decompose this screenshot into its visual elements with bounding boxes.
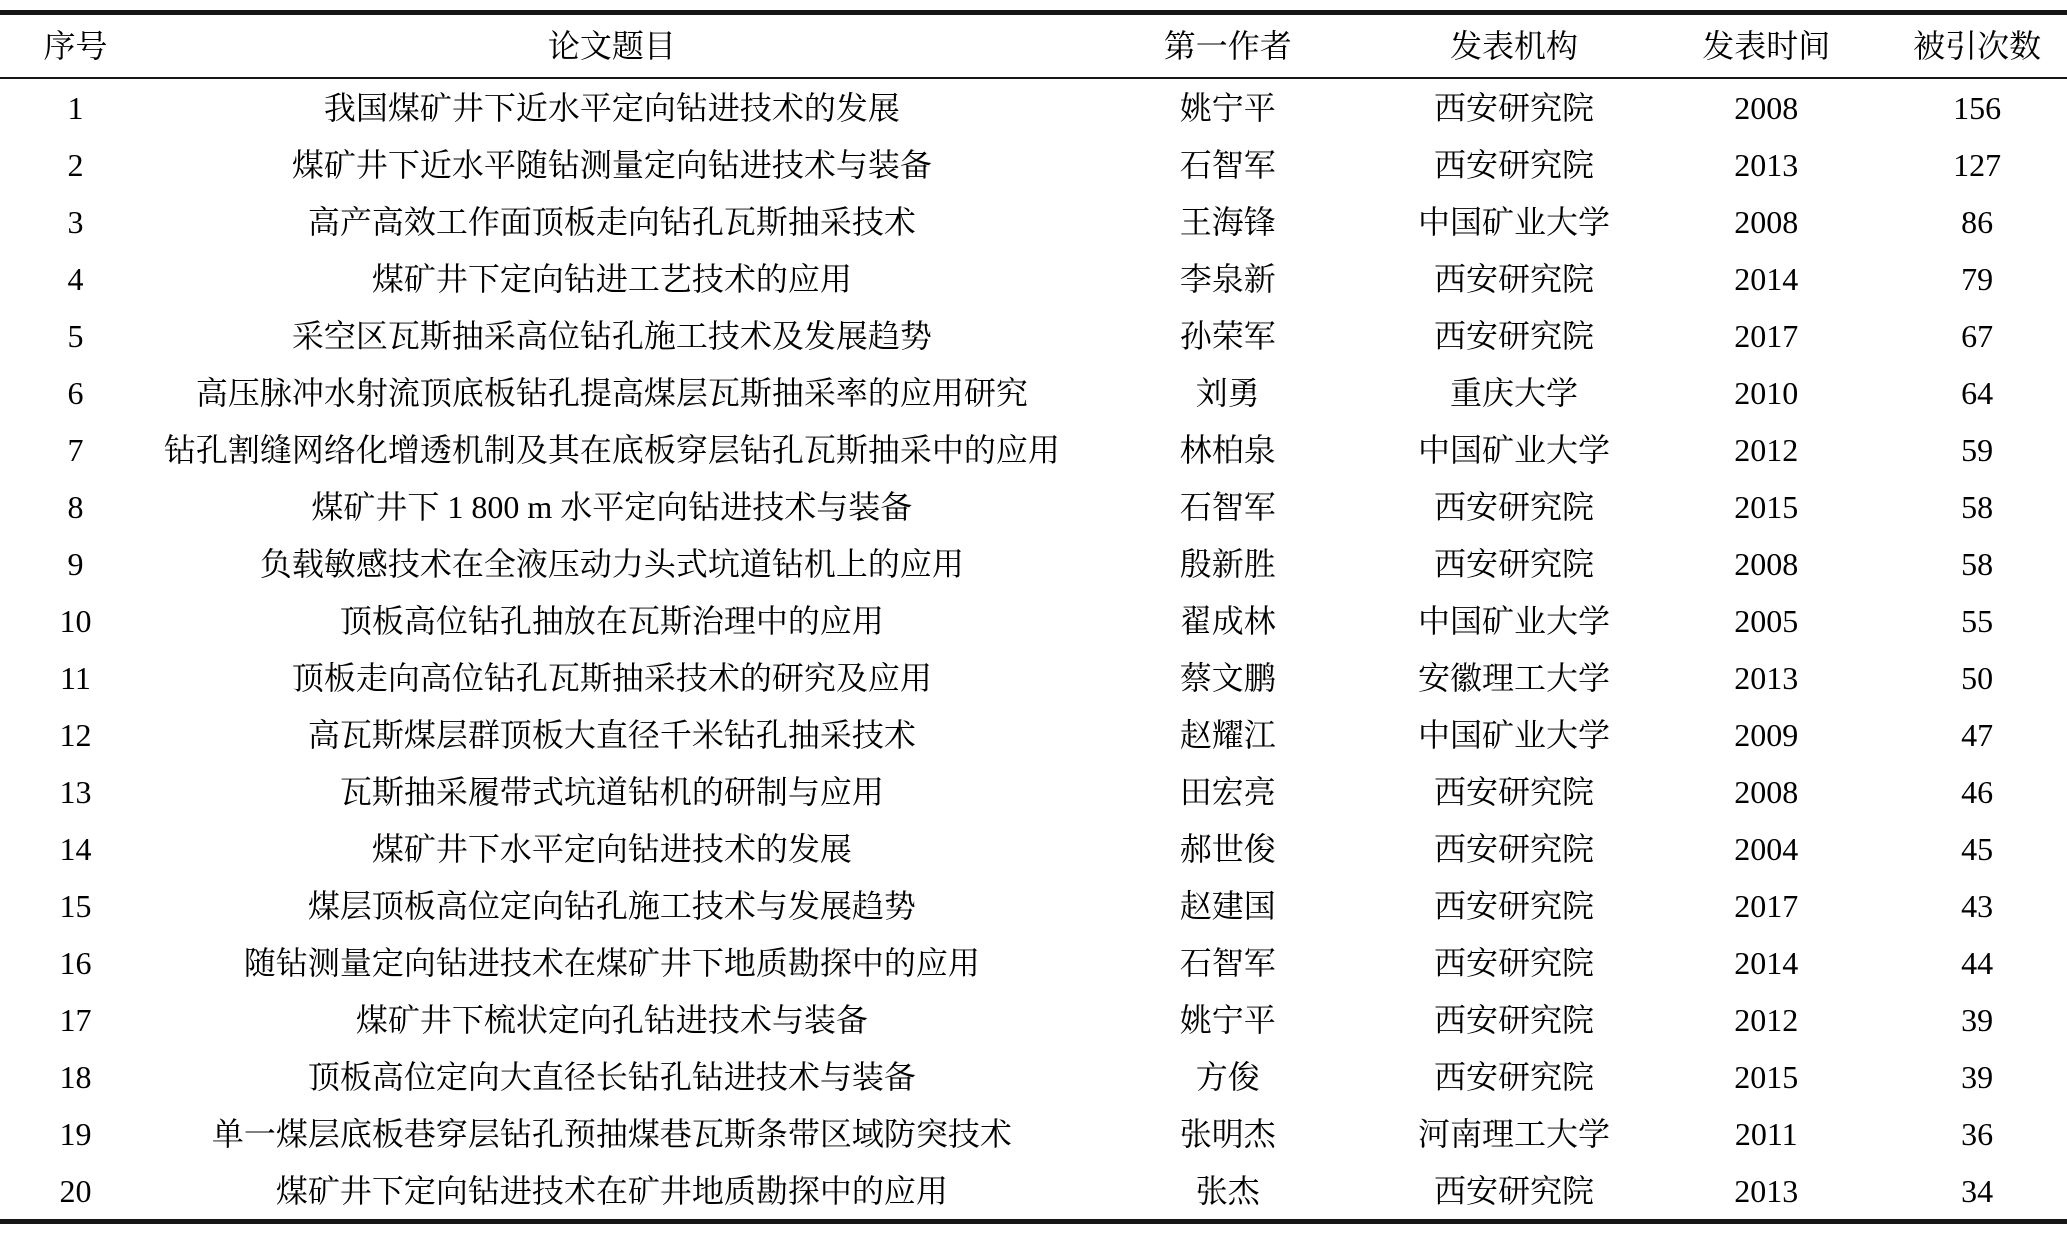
table-row: 6高压脉冲水射流顶底板钻孔提高煤层瓦斯抽采率的应用研究刘勇重庆大学201064 — [0, 364, 2067, 421]
cell-year: 2014 — [1645, 934, 1887, 991]
cell-title: 钻孔割缝网络化增透机制及其在底板穿层钻孔瓦斯抽采中的应用 — [151, 421, 1073, 478]
cell-index: 10 — [0, 592, 151, 649]
cell-index: 1 — [0, 78, 151, 136]
table-row: 5采空区瓦斯抽采高位钻孔施工技术及发展趋势孙荣军西安研究院201767 — [0, 307, 2067, 364]
cell-year: 2008 — [1645, 193, 1887, 250]
cell-year: 2004 — [1645, 820, 1887, 877]
table-row: 13瓦斯抽采履带式坑道钻机的研制与应用田宏亮西安研究院200846 — [0, 763, 2067, 820]
cell-citations: 47 — [1887, 706, 2067, 763]
cell-title: 单一煤层底板巷穿层钻孔预抽煤巷瓦斯条带区域防突技术 — [151, 1105, 1073, 1162]
cell-author: 石智军 — [1073, 934, 1383, 991]
cell-author: 孙荣军 — [1073, 307, 1383, 364]
cell-citations: 64 — [1887, 364, 2067, 421]
cell-citations: 43 — [1887, 877, 2067, 934]
cell-citations: 34 — [1887, 1162, 2067, 1222]
table-row: 4煤矿井下定向钻进工艺技术的应用李泉新西安研究院201479 — [0, 250, 2067, 307]
cell-year: 2011 — [1645, 1105, 1887, 1162]
cell-index: 7 — [0, 421, 151, 478]
table-row: 15煤层顶板高位定向钻孔施工技术与发展趋势赵建国西安研究院201743 — [0, 877, 2067, 934]
cell-year: 2010 — [1645, 364, 1887, 421]
cell-citations: 127 — [1887, 136, 2067, 193]
column-header-index: 序号 — [0, 13, 151, 79]
cell-year: 2008 — [1645, 535, 1887, 592]
cell-title: 随钻测量定向钻进技术在煤矿井下地质勘探中的应用 — [151, 934, 1073, 991]
cell-org: 西安研究院 — [1383, 820, 1646, 877]
cell-author: 赵建国 — [1073, 877, 1383, 934]
cell-year: 2015 — [1645, 1048, 1887, 1105]
cell-title: 煤矿井下定向钻进技术在矿井地质勘探中的应用 — [151, 1162, 1073, 1222]
column-header-year: 发表时间 — [1645, 13, 1887, 79]
citation-table-container: 序号 论文题目 第一作者 发表机构 发表时间 被引次数 1我国煤矿井下近水平定向… — [0, 0, 2067, 1224]
cell-year: 2008 — [1645, 78, 1887, 136]
cell-org: 河南理工大学 — [1383, 1105, 1646, 1162]
table-row: 20煤矿井下定向钻进技术在矿井地质勘探中的应用张杰西安研究院201334 — [0, 1162, 2067, 1222]
cell-title: 煤矿井下定向钻进工艺技术的应用 — [151, 250, 1073, 307]
cell-author: 蔡文鹏 — [1073, 649, 1383, 706]
cell-org: 西安研究院 — [1383, 1162, 1646, 1222]
cell-title: 采空区瓦斯抽采高位钻孔施工技术及发展趋势 — [151, 307, 1073, 364]
cell-citations: 86 — [1887, 193, 2067, 250]
cell-title: 煤矿井下梳状定向孔钻进技术与装备 — [151, 991, 1073, 1048]
cell-author: 王海锋 — [1073, 193, 1383, 250]
cell-citations: 59 — [1887, 421, 2067, 478]
cell-author: 田宏亮 — [1073, 763, 1383, 820]
cell-title: 我国煤矿井下近水平定向钻进技术的发展 — [151, 78, 1073, 136]
cell-org: 西安研究院 — [1383, 136, 1646, 193]
table-row: 10顶板高位钻孔抽放在瓦斯治理中的应用翟成林中国矿业大学200555 — [0, 592, 2067, 649]
cell-index: 17 — [0, 991, 151, 1048]
cell-org: 重庆大学 — [1383, 364, 1646, 421]
cell-index: 12 — [0, 706, 151, 763]
column-header-citations: 被引次数 — [1887, 13, 2067, 79]
table-row: 3高产高效工作面顶板走向钻孔瓦斯抽采技术王海锋中国矿业大学200886 — [0, 193, 2067, 250]
cell-index: 18 — [0, 1048, 151, 1105]
cell-index: 14 — [0, 820, 151, 877]
cell-author: 姚宁平 — [1073, 78, 1383, 136]
citation-table: 序号 论文题目 第一作者 发表机构 发表时间 被引次数 1我国煤矿井下近水平定向… — [0, 10, 2067, 1224]
cell-author: 李泉新 — [1073, 250, 1383, 307]
cell-index: 8 — [0, 478, 151, 535]
cell-year: 2014 — [1645, 250, 1887, 307]
cell-org: 西安研究院 — [1383, 478, 1646, 535]
table-row: 14煤矿井下水平定向钻进技术的发展郝世俊西安研究院200445 — [0, 820, 2067, 877]
cell-year: 2009 — [1645, 706, 1887, 763]
table-row: 18顶板高位定向大直径长钻孔钻进技术与装备方俊西安研究院201539 — [0, 1048, 2067, 1105]
cell-index: 16 — [0, 934, 151, 991]
cell-org: 西安研究院 — [1383, 1048, 1646, 1105]
cell-author: 石智军 — [1073, 478, 1383, 535]
cell-author: 林柏泉 — [1073, 421, 1383, 478]
cell-org: 西安研究院 — [1383, 934, 1646, 991]
cell-org: 西安研究院 — [1383, 877, 1646, 934]
cell-index: 13 — [0, 763, 151, 820]
cell-title: 煤矿井下近水平随钻测量定向钻进技术与装备 — [151, 136, 1073, 193]
cell-index: 6 — [0, 364, 151, 421]
cell-year: 2013 — [1645, 136, 1887, 193]
cell-org: 西安研究院 — [1383, 78, 1646, 136]
cell-org: 安徽理工大学 — [1383, 649, 1646, 706]
column-header-org: 发表机构 — [1383, 13, 1646, 79]
table-row: 1我国煤矿井下近水平定向钻进技术的发展姚宁平西安研究院2008156 — [0, 78, 2067, 136]
cell-index: 4 — [0, 250, 151, 307]
cell-year: 2017 — [1645, 307, 1887, 364]
cell-title: 瓦斯抽采履带式坑道钻机的研制与应用 — [151, 763, 1073, 820]
cell-org: 西安研究院 — [1383, 535, 1646, 592]
cell-author: 石智军 — [1073, 136, 1383, 193]
cell-citations: 39 — [1887, 1048, 2067, 1105]
cell-title: 顶板高位钻孔抽放在瓦斯治理中的应用 — [151, 592, 1073, 649]
cell-title: 顶板走向高位钻孔瓦斯抽采技术的研究及应用 — [151, 649, 1073, 706]
cell-author: 赵耀江 — [1073, 706, 1383, 763]
cell-org: 西安研究院 — [1383, 991, 1646, 1048]
cell-title: 高产高效工作面顶板走向钻孔瓦斯抽采技术 — [151, 193, 1073, 250]
cell-index: 15 — [0, 877, 151, 934]
cell-year: 2015 — [1645, 478, 1887, 535]
cell-citations: 55 — [1887, 592, 2067, 649]
table-header: 序号 论文题目 第一作者 发表机构 发表时间 被引次数 — [0, 13, 2067, 79]
cell-index: 3 — [0, 193, 151, 250]
table-row: 11顶板走向高位钻孔瓦斯抽采技术的研究及应用蔡文鹏安徽理工大学201350 — [0, 649, 2067, 706]
cell-year: 2008 — [1645, 763, 1887, 820]
cell-org: 中国矿业大学 — [1383, 706, 1646, 763]
cell-citations: 46 — [1887, 763, 2067, 820]
cell-org: 中国矿业大学 — [1383, 592, 1646, 649]
cell-author: 张明杰 — [1073, 1105, 1383, 1162]
cell-index: 19 — [0, 1105, 151, 1162]
cell-title: 煤矿井下 1 800 m 水平定向钻进技术与装备 — [151, 478, 1073, 535]
cell-author: 姚宁平 — [1073, 991, 1383, 1048]
cell-citations: 50 — [1887, 649, 2067, 706]
cell-author: 翟成林 — [1073, 592, 1383, 649]
cell-index: 2 — [0, 136, 151, 193]
cell-year: 2013 — [1645, 1162, 1887, 1222]
table-row: 16随钻测量定向钻进技术在煤矿井下地质勘探中的应用石智军西安研究院201444 — [0, 934, 2067, 991]
cell-citations: 36 — [1887, 1105, 2067, 1162]
cell-year: 2012 — [1645, 421, 1887, 478]
cell-author: 刘勇 — [1073, 364, 1383, 421]
cell-author: 张杰 — [1073, 1162, 1383, 1222]
cell-index: 20 — [0, 1162, 151, 1222]
cell-title: 顶板高位定向大直径长钻孔钻进技术与装备 — [151, 1048, 1073, 1105]
table-row: 19单一煤层底板巷穿层钻孔预抽煤巷瓦斯条带区域防突技术张明杰河南理工大学2011… — [0, 1105, 2067, 1162]
cell-index: 11 — [0, 649, 151, 706]
cell-author: 殷新胜 — [1073, 535, 1383, 592]
cell-citations: 58 — [1887, 535, 2067, 592]
table-row: 7钻孔割缝网络化增透机制及其在底板穿层钻孔瓦斯抽采中的应用林柏泉中国矿业大学20… — [0, 421, 2067, 478]
cell-org: 西安研究院 — [1383, 763, 1646, 820]
cell-citations: 156 — [1887, 78, 2067, 136]
table-row: 2煤矿井下近水平随钻测量定向钻进技术与装备石智军西安研究院2013127 — [0, 136, 2067, 193]
cell-title: 高压脉冲水射流顶底板钻孔提高煤层瓦斯抽采率的应用研究 — [151, 364, 1073, 421]
cell-index: 5 — [0, 307, 151, 364]
cell-org: 西安研究院 — [1383, 307, 1646, 364]
cell-citations: 45 — [1887, 820, 2067, 877]
table-row: 9负载敏感技术在全液压动力头式坑道钻机上的应用殷新胜西安研究院200858 — [0, 535, 2067, 592]
cell-index: 9 — [0, 535, 151, 592]
cell-citations: 39 — [1887, 991, 2067, 1048]
cell-author: 郝世俊 — [1073, 820, 1383, 877]
table-row: 8煤矿井下 1 800 m 水平定向钻进技术与装备石智军西安研究院201558 — [0, 478, 2067, 535]
cell-year: 2017 — [1645, 877, 1887, 934]
cell-citations: 44 — [1887, 934, 2067, 991]
cell-year: 2013 — [1645, 649, 1887, 706]
table-row: 17煤矿井下梳状定向孔钻进技术与装备姚宁平西安研究院201239 — [0, 991, 2067, 1048]
cell-title: 煤层顶板高位定向钻孔施工技术与发展趋势 — [151, 877, 1073, 934]
table-body: 1我国煤矿井下近水平定向钻进技术的发展姚宁平西安研究院20081562煤矿井下近… — [0, 78, 2067, 1222]
cell-title: 高瓦斯煤层群顶板大直径千米钻孔抽采技术 — [151, 706, 1073, 763]
table-header-row: 序号 论文题目 第一作者 发表机构 发表时间 被引次数 — [0, 13, 2067, 79]
cell-citations: 79 — [1887, 250, 2067, 307]
column-header-title: 论文题目 — [151, 13, 1073, 79]
cell-citations: 67 — [1887, 307, 2067, 364]
column-header-author: 第一作者 — [1073, 13, 1383, 79]
cell-org: 中国矿业大学 — [1383, 193, 1646, 250]
cell-citations: 58 — [1887, 478, 2067, 535]
cell-year: 2005 — [1645, 592, 1887, 649]
table-row: 12高瓦斯煤层群顶板大直径千米钻孔抽采技术赵耀江中国矿业大学200947 — [0, 706, 2067, 763]
cell-org: 中国矿业大学 — [1383, 421, 1646, 478]
cell-org: 西安研究院 — [1383, 250, 1646, 307]
cell-author: 方俊 — [1073, 1048, 1383, 1105]
cell-title: 煤矿井下水平定向钻进技术的发展 — [151, 820, 1073, 877]
cell-year: 2012 — [1645, 991, 1887, 1048]
cell-title: 负载敏感技术在全液压动力头式坑道钻机上的应用 — [151, 535, 1073, 592]
